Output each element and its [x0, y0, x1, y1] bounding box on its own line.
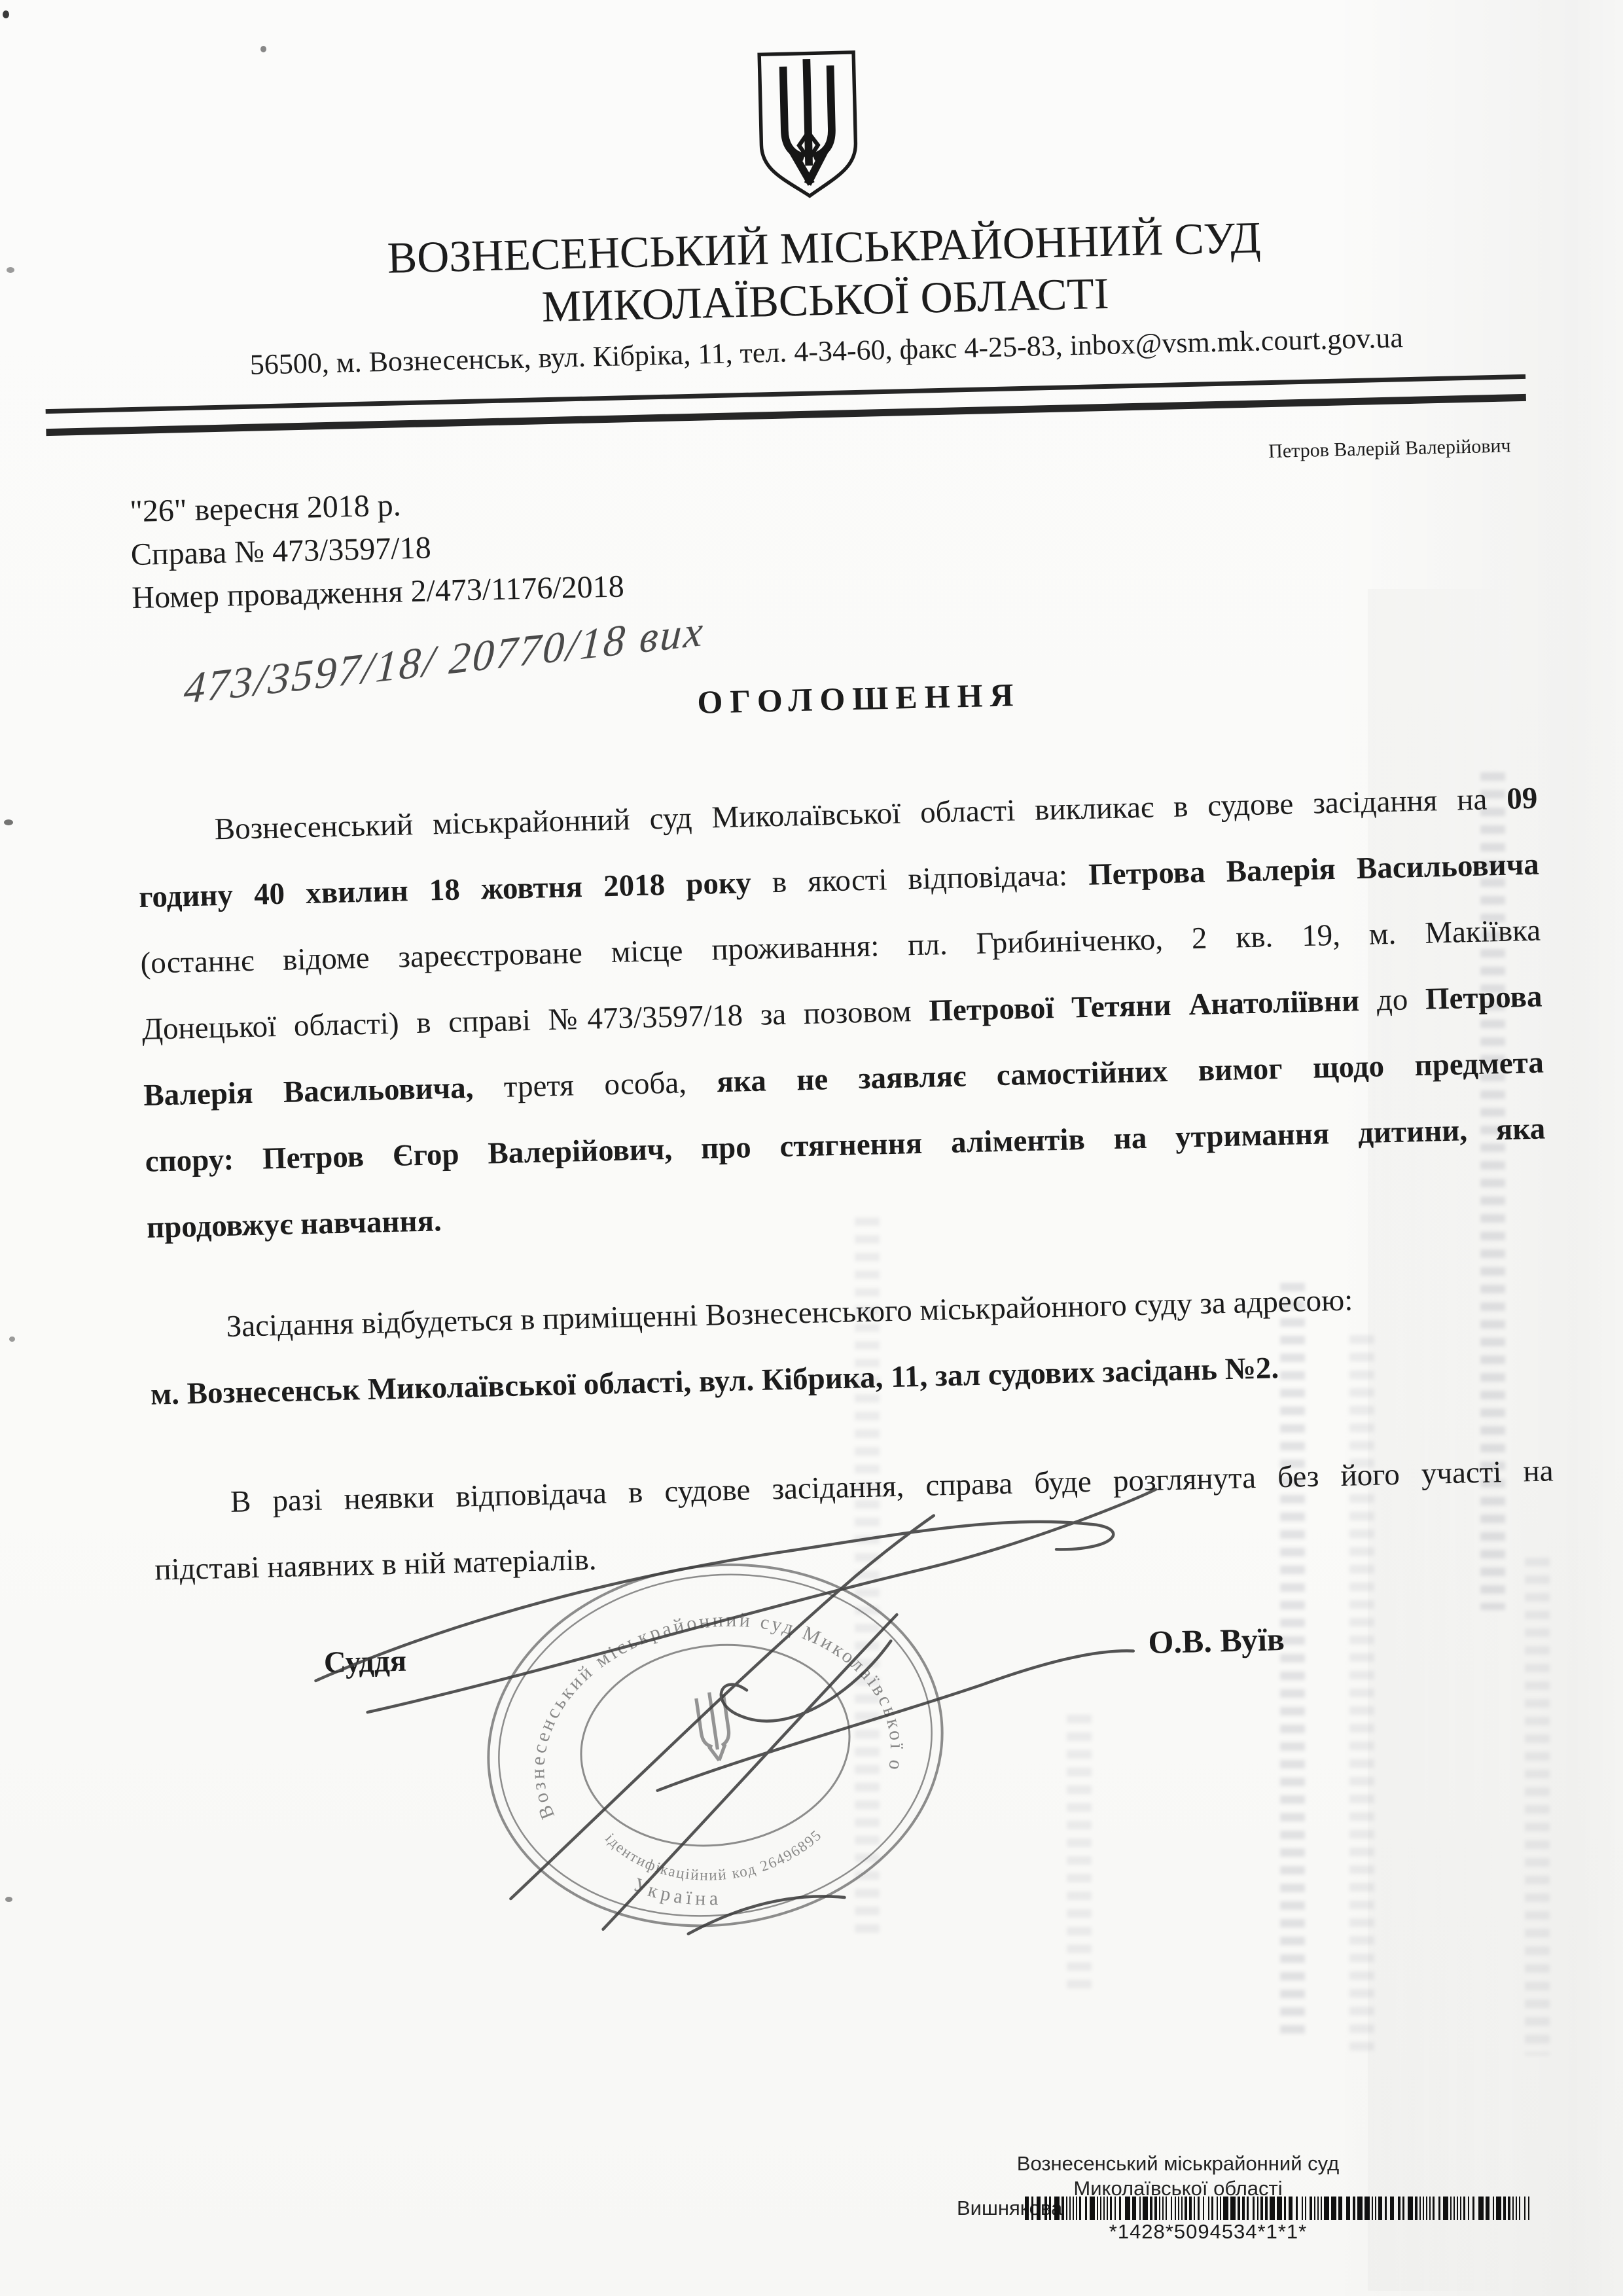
handwritten-registry-note: 473/3597/18/ 20770/18 вих [183, 606, 706, 715]
scanned-court-document-page: ВОЗНЕСЕНСЬКИЙ МІСЬКРАЙОННИЙ СУД МИКОЛАЇВ… [0, 0, 1623, 2296]
proceeding-number: Номер провадження 2/473/1176/2018 [132, 568, 624, 616]
footer-court-line1: Вознесенський міськрайонний суд [1008, 2152, 1348, 2176]
ukraine-trident-emblem-icon [747, 41, 869, 206]
document-date: "26" вересня 2018 р. [130, 487, 402, 529]
scan-speck [5, 1897, 12, 1902]
seal-trident-icon [696, 1691, 733, 1763]
summons-paragraph: Вознесенський міськрайонний суд Миколаїв… [137, 766, 1548, 1261]
recipient-name: Петров Валерій Валерійович [63, 435, 1511, 491]
header-rule-thick [46, 394, 1526, 436]
barcode [1025, 2197, 1534, 2220]
court-seal-and-signature: Вознесенський міськрайонний суд Миколаїв… [283, 1463, 1198, 1994]
page-title: ОГОЛОШЕННЯ [697, 675, 1021, 721]
barcode-text: *1428*5094534*1*1* [1025, 2220, 1391, 2244]
venue-paragraph: Засідання відбудеться в приміщенні Возне… [149, 1263, 1552, 1427]
case-number: Справа № 473/3597/18 [130, 529, 431, 573]
document-content: ВОЗНЕСЕНСЬКИЙ МІСЬКРАЙОННИЙ СУД МИКОЛАЇВ… [0, 0, 1623, 2296]
